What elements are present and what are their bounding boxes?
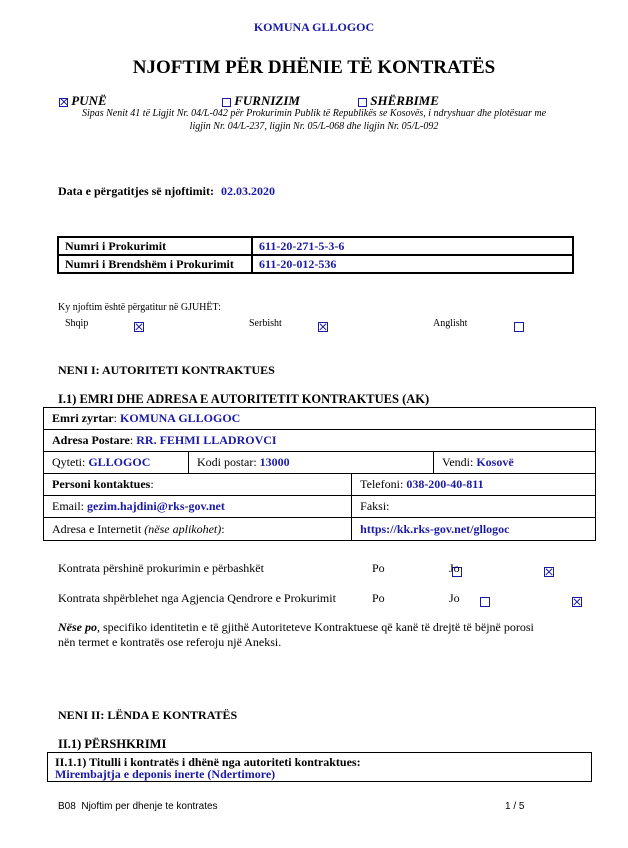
legal-basis-line1: Sipas Nenit 41 të Ligjit Nr. 04/L-042 pë… (0, 108, 628, 119)
country-label: Vendi (442, 455, 470, 469)
email-value[interactable]: gezim.hajdini@rks-gov.net (87, 499, 225, 513)
fax-cell: Faksi: (352, 496, 596, 518)
page-title: NJOFTIM PËR DHËNIE TË KONTRATËS (0, 57, 628, 79)
official-name-label: Emri zyrtar (52, 411, 114, 425)
note-line2: nën termet e kontratës ose referoju një … (58, 635, 281, 650)
checkbox-empty-icon[interactable] (222, 98, 231, 107)
language-anglisht-label: Anglisht (433, 318, 467, 329)
legal-basis-line2: ligjin Nr. 04/L-237, ligjin Nr. 05/L-068… (0, 121, 628, 132)
postal-address-value: RR. FEHMI LLADROVCI (136, 433, 276, 447)
section1-heading: NENI I: AUTORITETI KONTRAKTUES (58, 363, 275, 378)
table-row: Numri i Prokurimit 611-20-271-5-3-6 (58, 237, 573, 255)
table-row: Emri zyrtar: KOMUNA GLLOGOC (44, 408, 596, 430)
table-row: Personi kontaktues: Telefoni: 038-200-40… (44, 474, 596, 496)
phone-value: 038-200-40-811 (406, 477, 483, 491)
central-agency-jo-label: Jo (449, 591, 460, 606)
official-name-value: KOMUNA GLLOGOC (120, 411, 240, 425)
language-serbisht-label: Serbisht (249, 318, 282, 329)
fax-label: Faksi (360, 499, 386, 513)
country-cell: Vendi: Kosovë (434, 452, 596, 474)
note-text: , specifiko identitetin e të gjithë Auto… (97, 620, 534, 634)
procurement-number-value: 611-20-271-5-3-6 (252, 237, 573, 255)
city-cell: Qyteti: GLLOGOC (44, 452, 189, 474)
central-agency-jo-checkbox[interactable] (572, 597, 582, 607)
section1-subheading: I.1) EMRI DHE ADRESA E AUTORITETIT KONTR… (58, 392, 429, 407)
contract-type-furnizim[interactable]: FURNIZIM (222, 93, 300, 109)
language-serbisht-checkbox[interactable] (318, 322, 328, 332)
note-bold: Nëse po (58, 620, 97, 634)
procurement-number-label: Numri i Prokurimit (58, 237, 252, 255)
checkbox-empty-icon[interactable] (358, 98, 367, 107)
table-row: Qyteti: GLLOGOC Kodi postar: 13000 Vendi… (44, 452, 596, 474)
footer-form-name: Njoftim per dhenje te kontrates (81, 801, 217, 812)
central-agency-po-checkbox[interactable] (480, 597, 490, 607)
checkbox-checked-icon[interactable] (59, 98, 68, 107)
contract-type-sherbime[interactable]: SHËRBIME (358, 93, 439, 109)
contract-type-label: SHËRBIME (370, 93, 439, 108)
phone-cell: Telefoni: 038-200-40-811 (352, 474, 596, 496)
preparation-date-label: Data e përgatitjes së njoftimit: (58, 184, 214, 198)
section2-subheading: II.1) PËRSHKRIMI (58, 737, 166, 752)
language-anglisht-checkbox[interactable] (514, 322, 524, 332)
contact-person-label: Personi kontaktues (52, 477, 150, 491)
postal-code-label: Kodi postar (197, 455, 253, 469)
section2-heading: NENI II: LËNDA E KONTRATËS (58, 708, 237, 723)
phone-label: Telefoni (360, 477, 400, 491)
joint-procurement-po-label: Po (372, 561, 385, 576)
contact-person-cell: Personi kontaktues: (44, 474, 352, 496)
footer-form-code: B08 (58, 801, 76, 812)
internet-label: Adresa e Internetit (52, 522, 141, 536)
postal-code-value: 13000 (260, 455, 290, 469)
city-value: GLLOGOC (88, 455, 150, 469)
page-number: 1 / 5 (505, 801, 524, 812)
official-name-cell: Emri zyrtar: KOMUNA GLLOGOC (44, 408, 596, 430)
language-shqip-label: Shqip (65, 318, 88, 329)
internet-note: (nëse aplikohet) (144, 522, 221, 536)
city-label: Qyteti (52, 455, 82, 469)
footer-form: B08 Njoftim per dhenje te kontrates (58, 801, 218, 812)
postal-address-label: Adresa Postare (52, 433, 130, 447)
central-agency-question: Kontrata shpërblehet nga Agjencia Qendro… (58, 591, 336, 606)
email-cell: Email: gezim.hajdini@rks-gov.net (44, 496, 352, 518)
contracting-authority-table: Emri zyrtar: KOMUNA GLLOGOC Adresa Posta… (43, 407, 596, 541)
internal-number-value: 611-20-012-536 (252, 255, 573, 273)
contract-type-pune[interactable]: PUNË (59, 93, 107, 109)
contract-title-value: Mirembajtja e deponis inerte (Ndertimore… (55, 767, 275, 782)
preparation-date: Data e përgatitjes së njoftimit: 02.03.2… (58, 184, 275, 199)
postal-address-cell: Adresa Postare: RR. FEHMI LLADROVCI (44, 430, 596, 452)
email-label: Email (52, 499, 81, 513)
contract-title-box: II.1.1) Titulli i kontratës i dhënë nga … (47, 752, 592, 782)
languages-intro: Ky njoftim është përgatitur në GJUHËT: (58, 302, 221, 313)
authority-name: KOMUNA GLLOGOC (0, 20, 628, 35)
joint-procurement-jo-checkbox[interactable] (544, 567, 554, 577)
note-line1: Nëse po, specifiko identitetin e të gjit… (58, 620, 534, 635)
preparation-date-value: 02.03.2020 (221, 184, 275, 198)
internet-cell: Adresa e Internetit (nëse aplikohet): (44, 518, 352, 541)
internet-value-cell: https://kk.rks-gov.net/gllogoc (352, 518, 596, 541)
table-row: Adresa e Internetit (nëse aplikohet): ht… (44, 518, 596, 541)
contract-type-label: FURNIZIM (234, 93, 300, 108)
postal-code-cell: Kodi postar: 13000 (189, 452, 434, 474)
central-agency-po-label: Po (372, 591, 385, 606)
joint-procurement-question: Kontrata përshinë prokurimin e përbashkë… (58, 561, 264, 576)
table-row: Email: gezim.hajdini@rks-gov.net Faksi: (44, 496, 596, 518)
contract-type-label: PUNË (71, 93, 106, 108)
procurement-numbers-table: Numri i Prokurimit 611-20-271-5-3-6 Numr… (57, 236, 574, 274)
internet-url[interactable]: https://kk.rks-gov.net/gllogoc (360, 522, 509, 536)
internal-number-label: Numri i Brendshëm i Prokurimit (58, 255, 252, 273)
table-row: Numri i Brendshëm i Prokurimit 611-20-01… (58, 255, 573, 273)
table-row: Adresa Postare: RR. FEHMI LLADROVCI (44, 430, 596, 452)
joint-procurement-jo-label: Jo (449, 561, 460, 576)
country-value: Kosovë (476, 455, 513, 469)
language-shqip-checkbox[interactable] (134, 322, 144, 332)
